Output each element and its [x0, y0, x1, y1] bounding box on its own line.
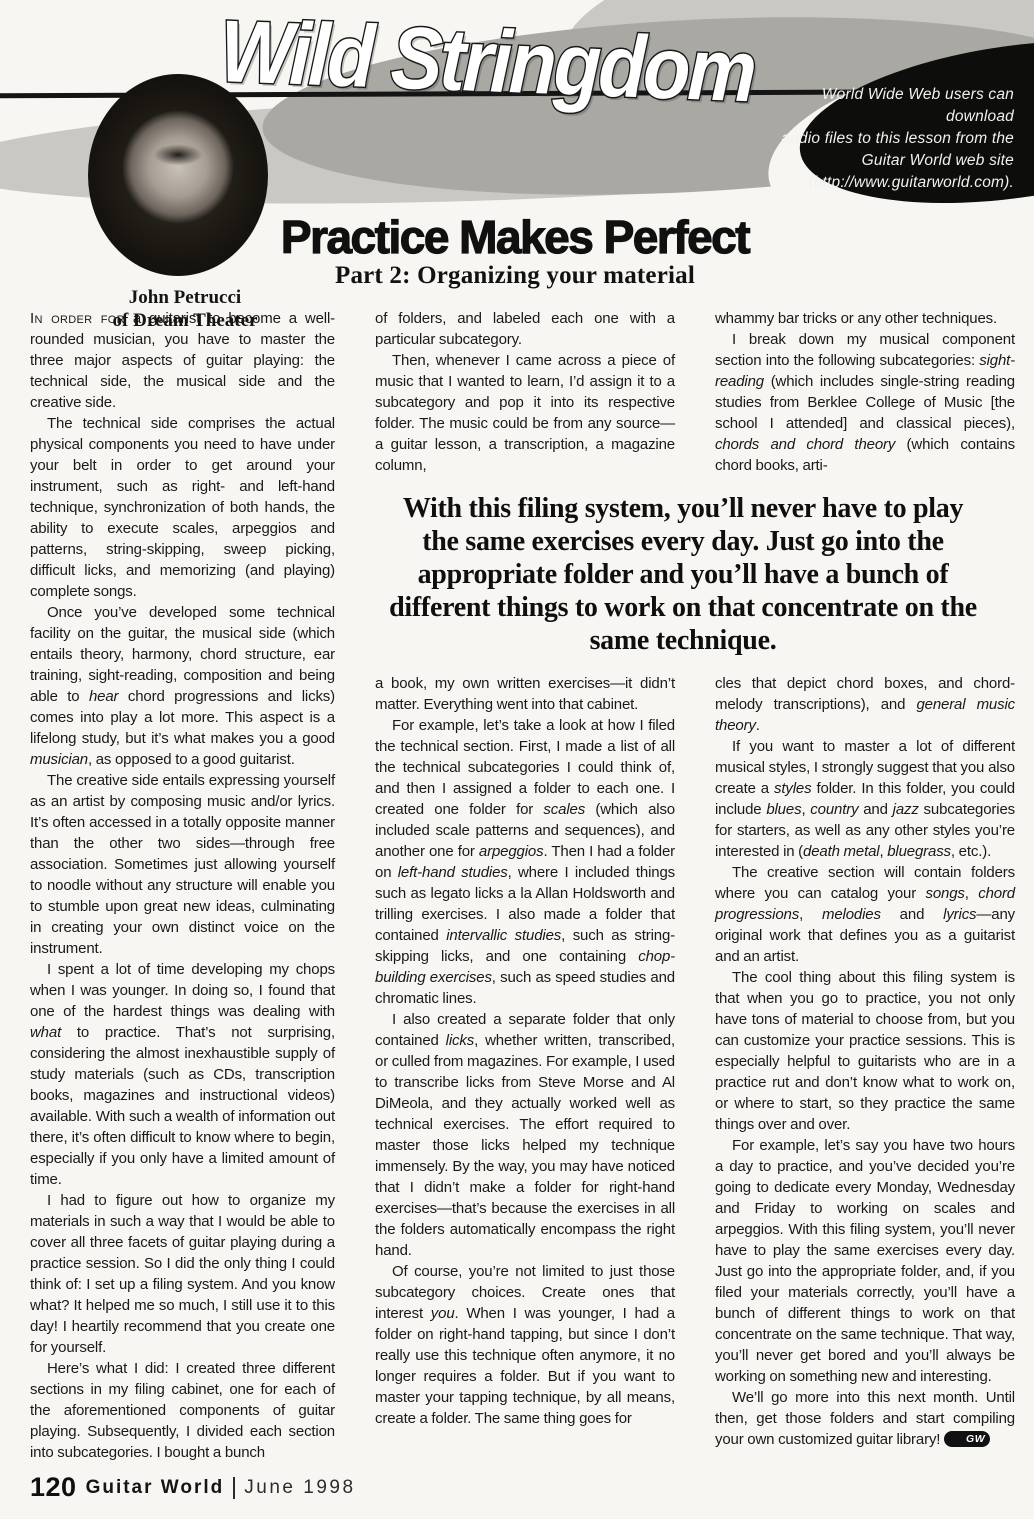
body-paragraph: whammy bar tricks or any other technique… [715, 308, 1015, 329]
column-logo-wild-stringdom: Wild Stringdom [218, 0, 756, 122]
body-paragraph: Of course, you’re not limited to just th… [375, 1261, 675, 1429]
web-note-line: audio files to this lesson from the [762, 128, 1014, 150]
body-paragraph: Here’s what I did: I created three diffe… [30, 1358, 335, 1463]
top-row: of folders, and labeled each one with a … [375, 308, 1015, 476]
gw-end-mark: GW [944, 1431, 990, 1447]
body-paragraph: The creative side entails expressing you… [30, 770, 335, 959]
body-paragraph: We’ll go more into this next month. Unti… [715, 1387, 1015, 1450]
body-paragraph: For example, let’s say you have two hour… [715, 1135, 1015, 1387]
web-note: World Wide Web users can downloadaudio f… [762, 84, 1014, 194]
body-paragraph: For example, let’s take a look at how I … [375, 715, 675, 1009]
column-1: In order for a guitarist to become a wel… [30, 308, 335, 1463]
web-note-line: Guitar World web site [762, 150, 1014, 172]
page-footer: 120 Guitar World June 1998 [30, 1472, 356, 1503]
body-paragraph: Once you’ve developed some technical fac… [30, 602, 335, 770]
body-paragraph: I also created a separate folder that on… [375, 1009, 675, 1261]
body-paragraph: The creative section will contain folder… [715, 862, 1015, 967]
magazine-page: Wild Stringdom John Petrucci of Dream Th… [0, 0, 1034, 1519]
page-number: 120 [30, 1472, 77, 1503]
pull-quote: With this filing system, you’ll never ha… [383, 492, 983, 657]
body-paragraph: I break down my musical component sectio… [715, 329, 1015, 476]
body-paragraph: The cool thing about this filing system … [715, 967, 1015, 1135]
body-paragraph: Then, whenever I came across a piece of … [375, 350, 675, 476]
body-paragraph: a book, my own written exercises—it didn… [375, 673, 675, 715]
web-note-line: (http://www.guitarworld.com). [762, 172, 1014, 194]
article-subtitle: Part 2: Organizing your material [205, 262, 825, 290]
body-paragraph: I had to figure out how to organize my m… [30, 1190, 335, 1358]
column-2-bottom: a book, my own written exercises—it didn… [375, 673, 675, 1450]
column-2-top: of folders, and labeled each one with a … [375, 308, 675, 476]
body-paragraph: of folders, and labeled each one with a … [375, 308, 675, 350]
body-paragraph: cles that depict chord boxes, and chord-… [715, 673, 1015, 736]
article-title: Practice Makes Perfect [205, 210, 825, 264]
author-caption: John Petrucci of Dream Theater [58, 286, 312, 332]
footer-divider [233, 1477, 235, 1499]
column-3-bottom: cles that depict chord boxes, and chord-… [715, 673, 1015, 1450]
magazine-name: Guitar World [86, 1477, 225, 1499]
body-paragraph: If you want to master a lot of different… [715, 736, 1015, 862]
author-caption-line: of Dream Theater [58, 309, 312, 332]
article-body: In order for a guitarist to become a wel… [30, 308, 1015, 1463]
web-note-line: World Wide Web users can download [762, 84, 1014, 128]
body-paragraph: I spent a lot of time developing my chop… [30, 959, 335, 1190]
body-paragraph: The technical side comprises the actual … [30, 413, 335, 602]
columns-2-3-region: of folders, and labeled each one with a … [375, 308, 1015, 1463]
bottom-row: a book, my own written exercises—it didn… [375, 673, 1015, 1450]
issue-date: June 1998 [244, 1477, 355, 1499]
column-3-top: whammy bar tricks or any other technique… [715, 308, 1015, 476]
